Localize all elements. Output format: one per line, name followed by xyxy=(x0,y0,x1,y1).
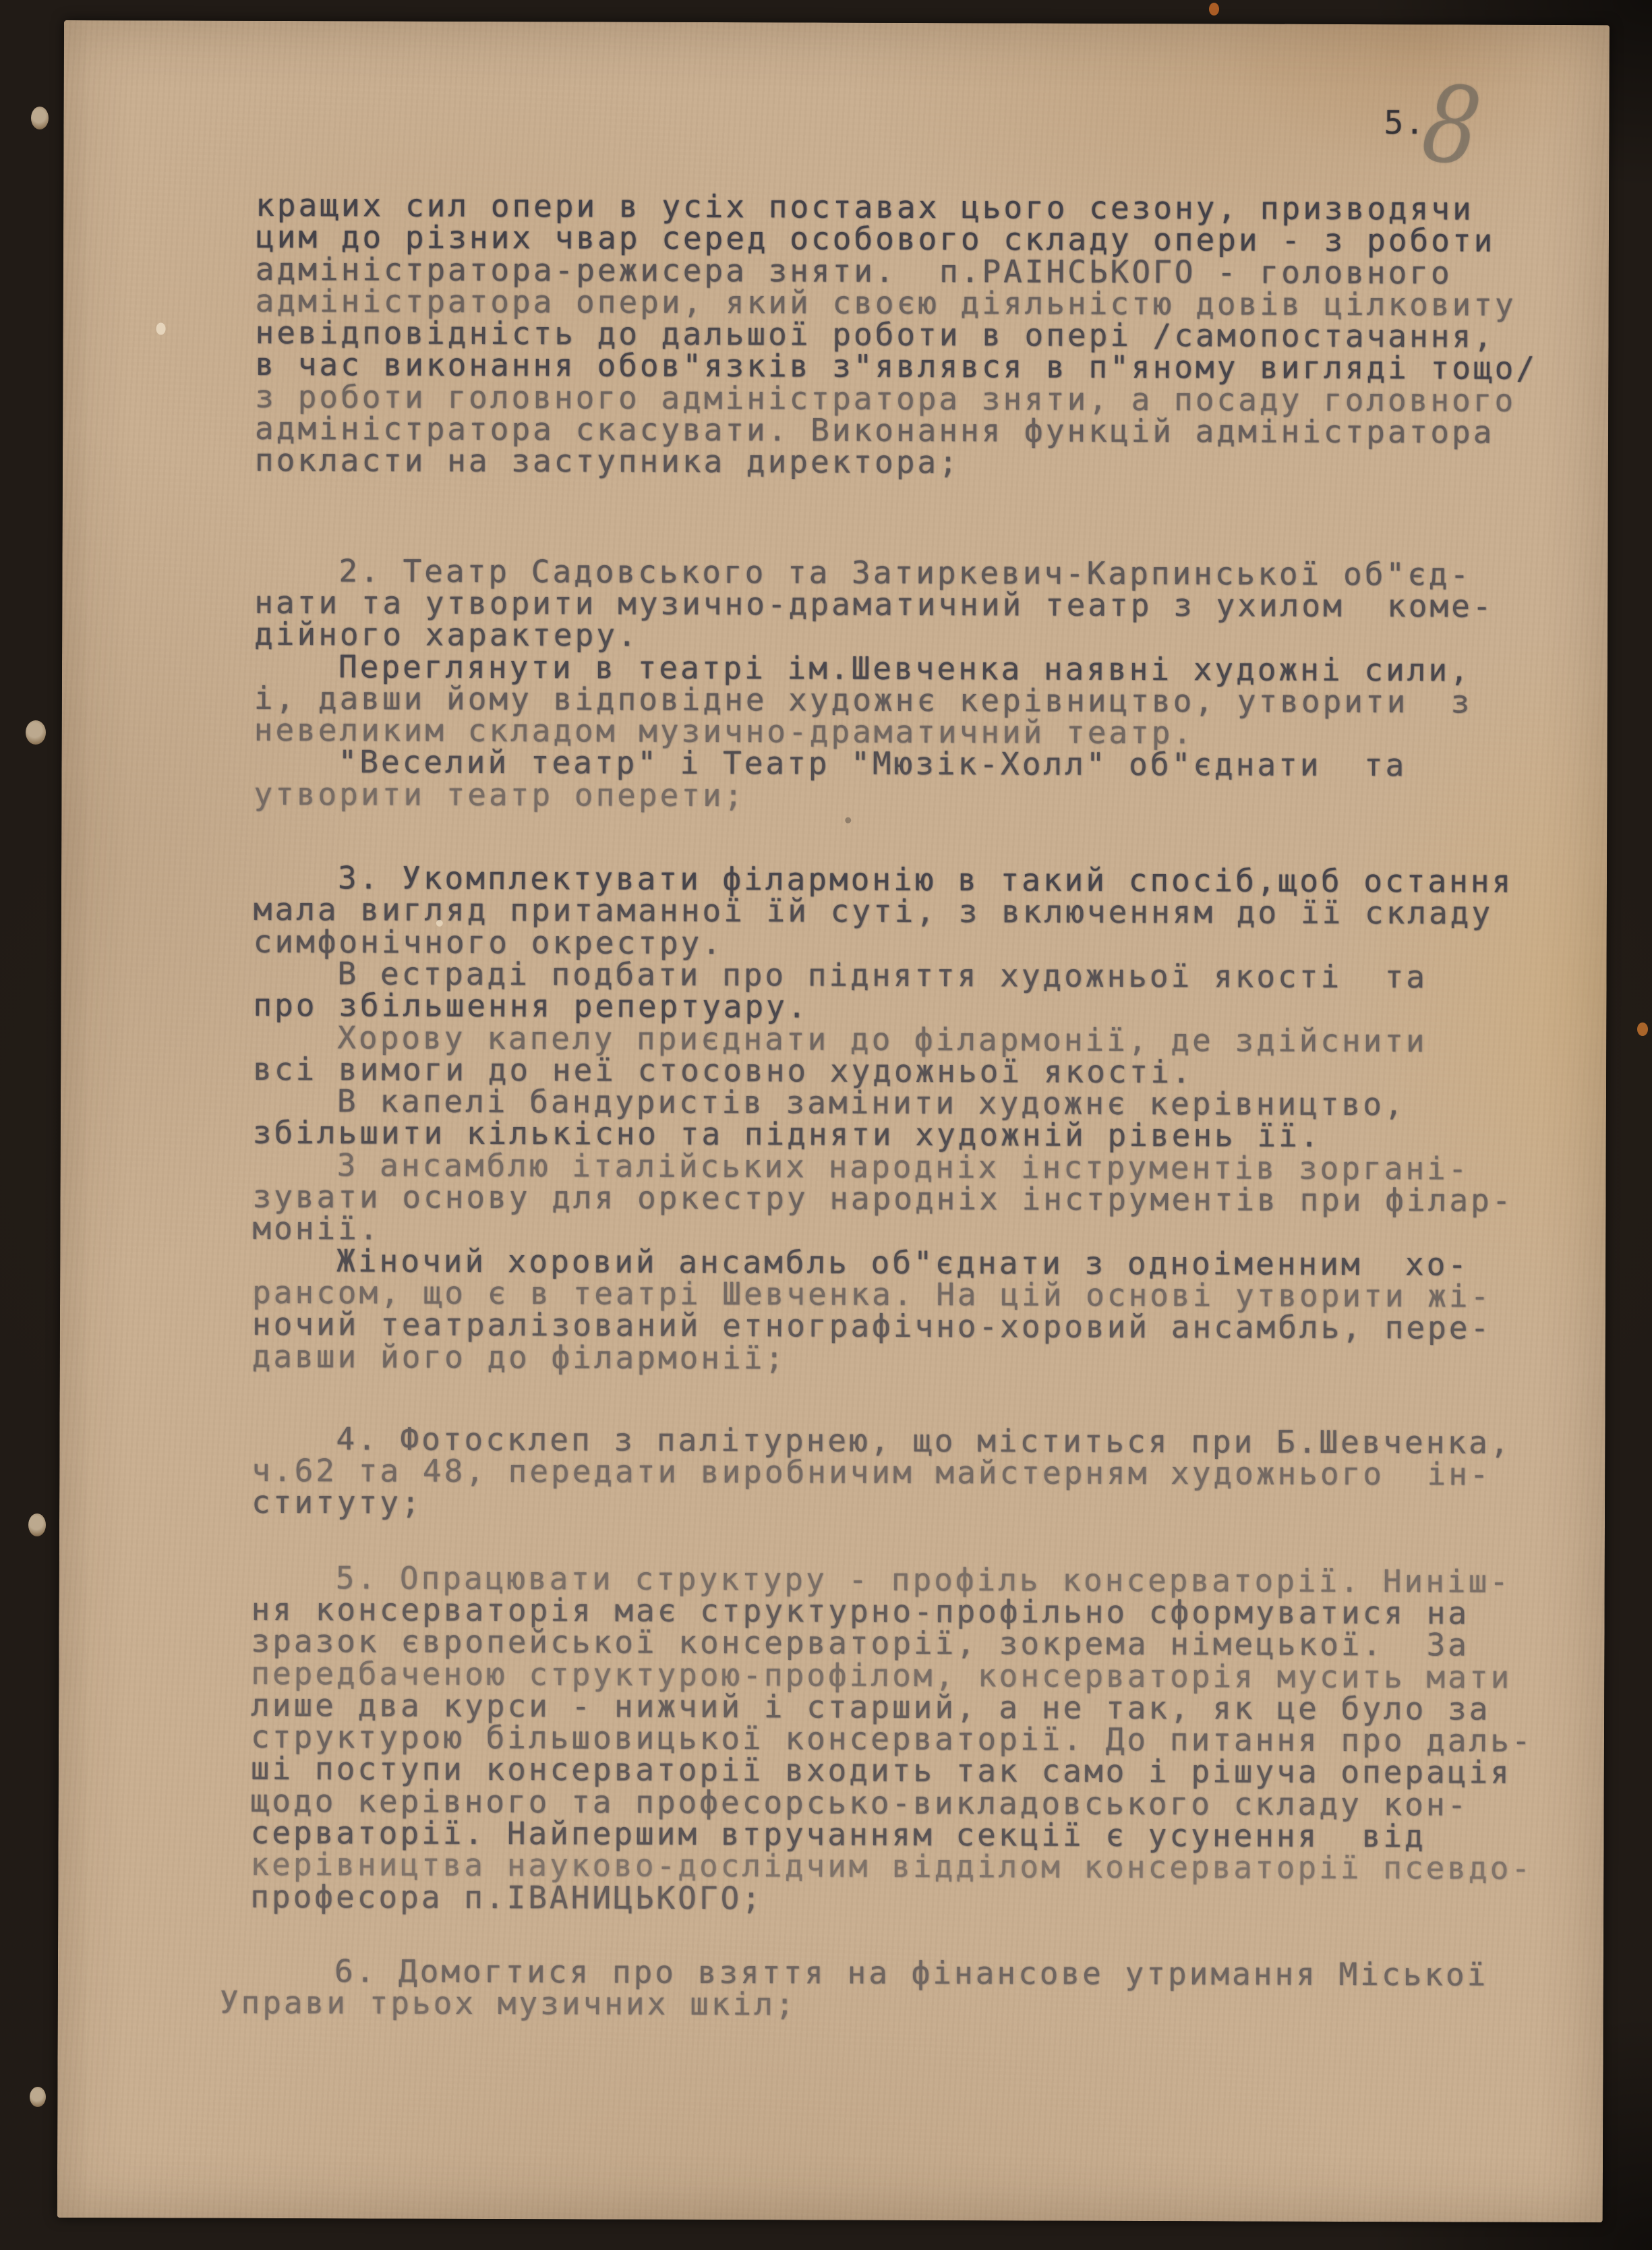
paragraph: 5. Опрацювати структуру - профіль консер… xyxy=(250,1562,1583,1917)
typed-text-block: кращих сил опери в усіх поставах цього с… xyxy=(250,190,1588,2023)
paper-sheet: 5. 8 кращих сил опери в усіх поставах ць… xyxy=(57,20,1610,2222)
page-number-typed: 5. xyxy=(1384,104,1425,142)
punch-hole xyxy=(31,107,49,129)
text-line: утворити театр оперети; xyxy=(254,778,1585,815)
rust-speck xyxy=(1209,3,1219,16)
rust-speck xyxy=(1637,1022,1648,1036)
text-line: покласти на заступника директора; xyxy=(255,444,1587,481)
paragraph: 2. Театр Садовського та Затиркевич-Карпи… xyxy=(254,555,1586,815)
paper-speck xyxy=(156,322,166,335)
text-line: зувати основу для оркестру народніх інст… xyxy=(252,1181,1584,1217)
paper-speck xyxy=(845,817,851,824)
punch-hole xyxy=(30,2087,46,2107)
punch-hole xyxy=(28,1513,46,1536)
text-line: давши його до філармонії; xyxy=(252,1340,1584,1377)
page-number-pencil-handwritten: 8 xyxy=(1416,61,1487,191)
paragraph: 4. Фотосклеп з палітурнею, що міститься … xyxy=(252,1423,1583,1523)
text-line: Управи трьох музичних шкіл; xyxy=(220,1987,1582,2023)
paragraph: кращих сил опери в усіх поставах цього с… xyxy=(255,190,1587,481)
paper-speck xyxy=(436,920,443,927)
punch-hole xyxy=(26,720,46,745)
paragraph: 6. Домогтися про взяття на фінансове утр… xyxy=(250,1955,1582,2023)
text-line: ституту; xyxy=(252,1487,1583,1523)
paragraph: 3. Укомплектувати філармонію в такий спо… xyxy=(252,862,1585,1377)
text-line: ч.62 та 48, передати виробничим майстерн… xyxy=(252,1455,1583,1491)
text-line: професора п.ІВАНИЦЬКОГО; xyxy=(250,1881,1582,1917)
scanned-document-photo: { "page": { "page_number_typed": "5.", "… xyxy=(0,0,1652,2250)
